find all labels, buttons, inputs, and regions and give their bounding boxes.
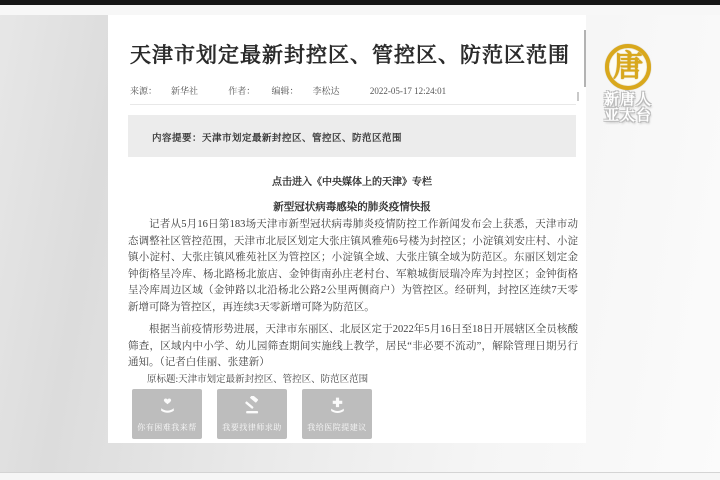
summary-box: 内容提要：天津市划定最新封控区、管控区、防范区范围 bbox=[128, 115, 576, 157]
article-body: 记者从5月16日第183场天津市新型冠状病毒肺炎疫情防控工作新闻发布会上获悉，天… bbox=[128, 217, 578, 378]
help-difficulty-button[interactable]: 你有困难我来帮 bbox=[132, 389, 202, 439]
meta-source: 来源：新华社 bbox=[130, 86, 212, 96]
video-frame: 天津市划定最新封控区、管控区、防范区范围 来源：新华社 作者： 编辑：李松达 2… bbox=[0, 0, 720, 480]
paragraph-2: 根据当前疫情形势进展，天津市东丽区、北辰区定于2022年5月16日至18日开展辖… bbox=[128, 322, 578, 372]
scrollbar-thumb[interactable] bbox=[584, 30, 586, 87]
meta-datetime: 2022-05-17 12:24:01 bbox=[370, 86, 446, 96]
page-title: 天津市划定最新封控区、管控区、防范区范围 bbox=[130, 39, 570, 69]
hospital-suggestion-button[interactable]: 我给医院提建议 bbox=[302, 389, 372, 439]
button-label: 我要找律师求助 bbox=[222, 422, 282, 433]
bottom-strip bbox=[0, 473, 720, 480]
scroll-artifact bbox=[577, 92, 579, 101]
gavel-icon bbox=[243, 396, 262, 419]
hands-cross-icon bbox=[328, 396, 347, 419]
button-label: 你有困难我来帮 bbox=[137, 422, 197, 433]
meta-divider bbox=[130, 104, 576, 105]
article-card: 天津市划定最新封控区、管控区、防范区范围 来源：新华社 作者： 编辑：李松达 2… bbox=[108, 15, 586, 443]
action-button-row: 你有困难我来帮 我要找律师求助 bbox=[132, 389, 372, 439]
meta-author: 作者： bbox=[228, 86, 255, 96]
top-light-strip bbox=[0, 5, 720, 15]
meta-editor: 编辑：李松达 bbox=[272, 86, 354, 96]
ntd-logo-text: 新唐人 亚太台 bbox=[596, 92, 660, 124]
special-column-link[interactable]: 点击进入《中央媒体上的天津》专栏 bbox=[128, 173, 576, 188]
article-subheading: 新型冠状病毒感染的肺炎疫情快报 bbox=[128, 199, 576, 214]
ntd-watermark: 唐 新唐人 亚太台 bbox=[596, 44, 660, 124]
paragraph-1: 记者从5月16日第183场天津市新型冠状病毒肺炎疫情防控工作新闻发布会上获悉，天… bbox=[128, 217, 578, 316]
logo-text-line1: 新唐人 bbox=[596, 92, 660, 108]
logo-text-line2: 亚太台 bbox=[596, 108, 660, 124]
article-meta: 来源：新华社 作者： 编辑：李松达 2022-05-17 12:24:01 bbox=[130, 84, 570, 97]
original-title: 原标题:天津市划定最新封控区、管控区、防范区范围 bbox=[128, 371, 578, 385]
button-label: 我给医院提建议 bbox=[307, 422, 367, 433]
hands-heart-icon bbox=[158, 396, 177, 419]
find-lawyer-button[interactable]: 我要找律师求助 bbox=[217, 389, 287, 439]
ntd-logo-icon: 唐 bbox=[605, 44, 651, 90]
